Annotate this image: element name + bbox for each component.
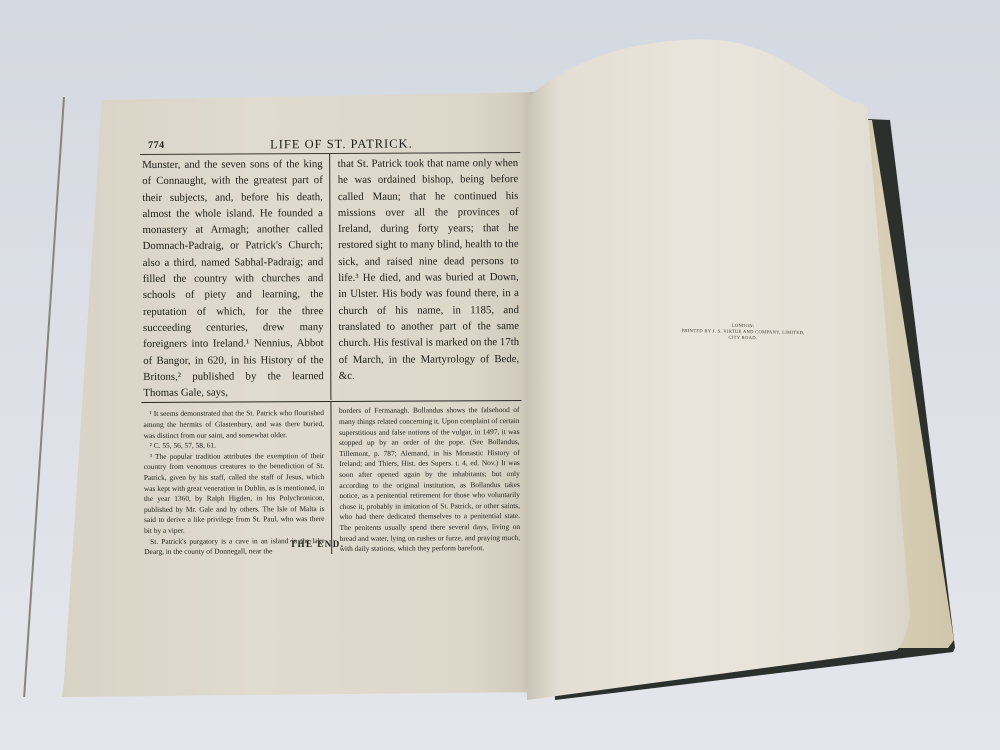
footnote: ¹ It seems demonstrated that the St. Pat… <box>143 408 324 441</box>
footnote: ³ The popular tradition attributes the e… <box>144 451 325 537</box>
left-page-text: 774 LIFE OF ST. PATRICK. Munster, and th… <box>140 128 522 558</box>
page-header: 774 LIFE OF ST. PATRICK. <box>140 128 520 152</box>
body-column-left: Munster, and the seven sons of the king … <box>140 154 330 401</box>
right-page-curled <box>527 35 917 700</box>
body-column-right: that St. Patrick took that name only whe… <box>330 153 522 400</box>
footnotes-right: borders of Fermanagh. Bollandus shows th… <box>331 401 522 556</box>
the-end-text: THE END. <box>290 539 345 549</box>
footnotes: ¹ It seems demonstrated that the St. Pat… <box>141 401 522 557</box>
page-edge <box>23 97 65 697</box>
printer-imprint: LONDON: PRINTED BY J. S. VIRTUE AND COMP… <box>678 322 808 342</box>
running-title: LIFE OF ST. PATRICK. <box>270 137 413 153</box>
page-number: 774 <box>148 140 165 151</box>
footnotes-left: ¹ It seems demonstrated that the St. Pat… <box>141 402 330 557</box>
body-columns: Munster, and the seven sons of the king … <box>140 153 521 401</box>
